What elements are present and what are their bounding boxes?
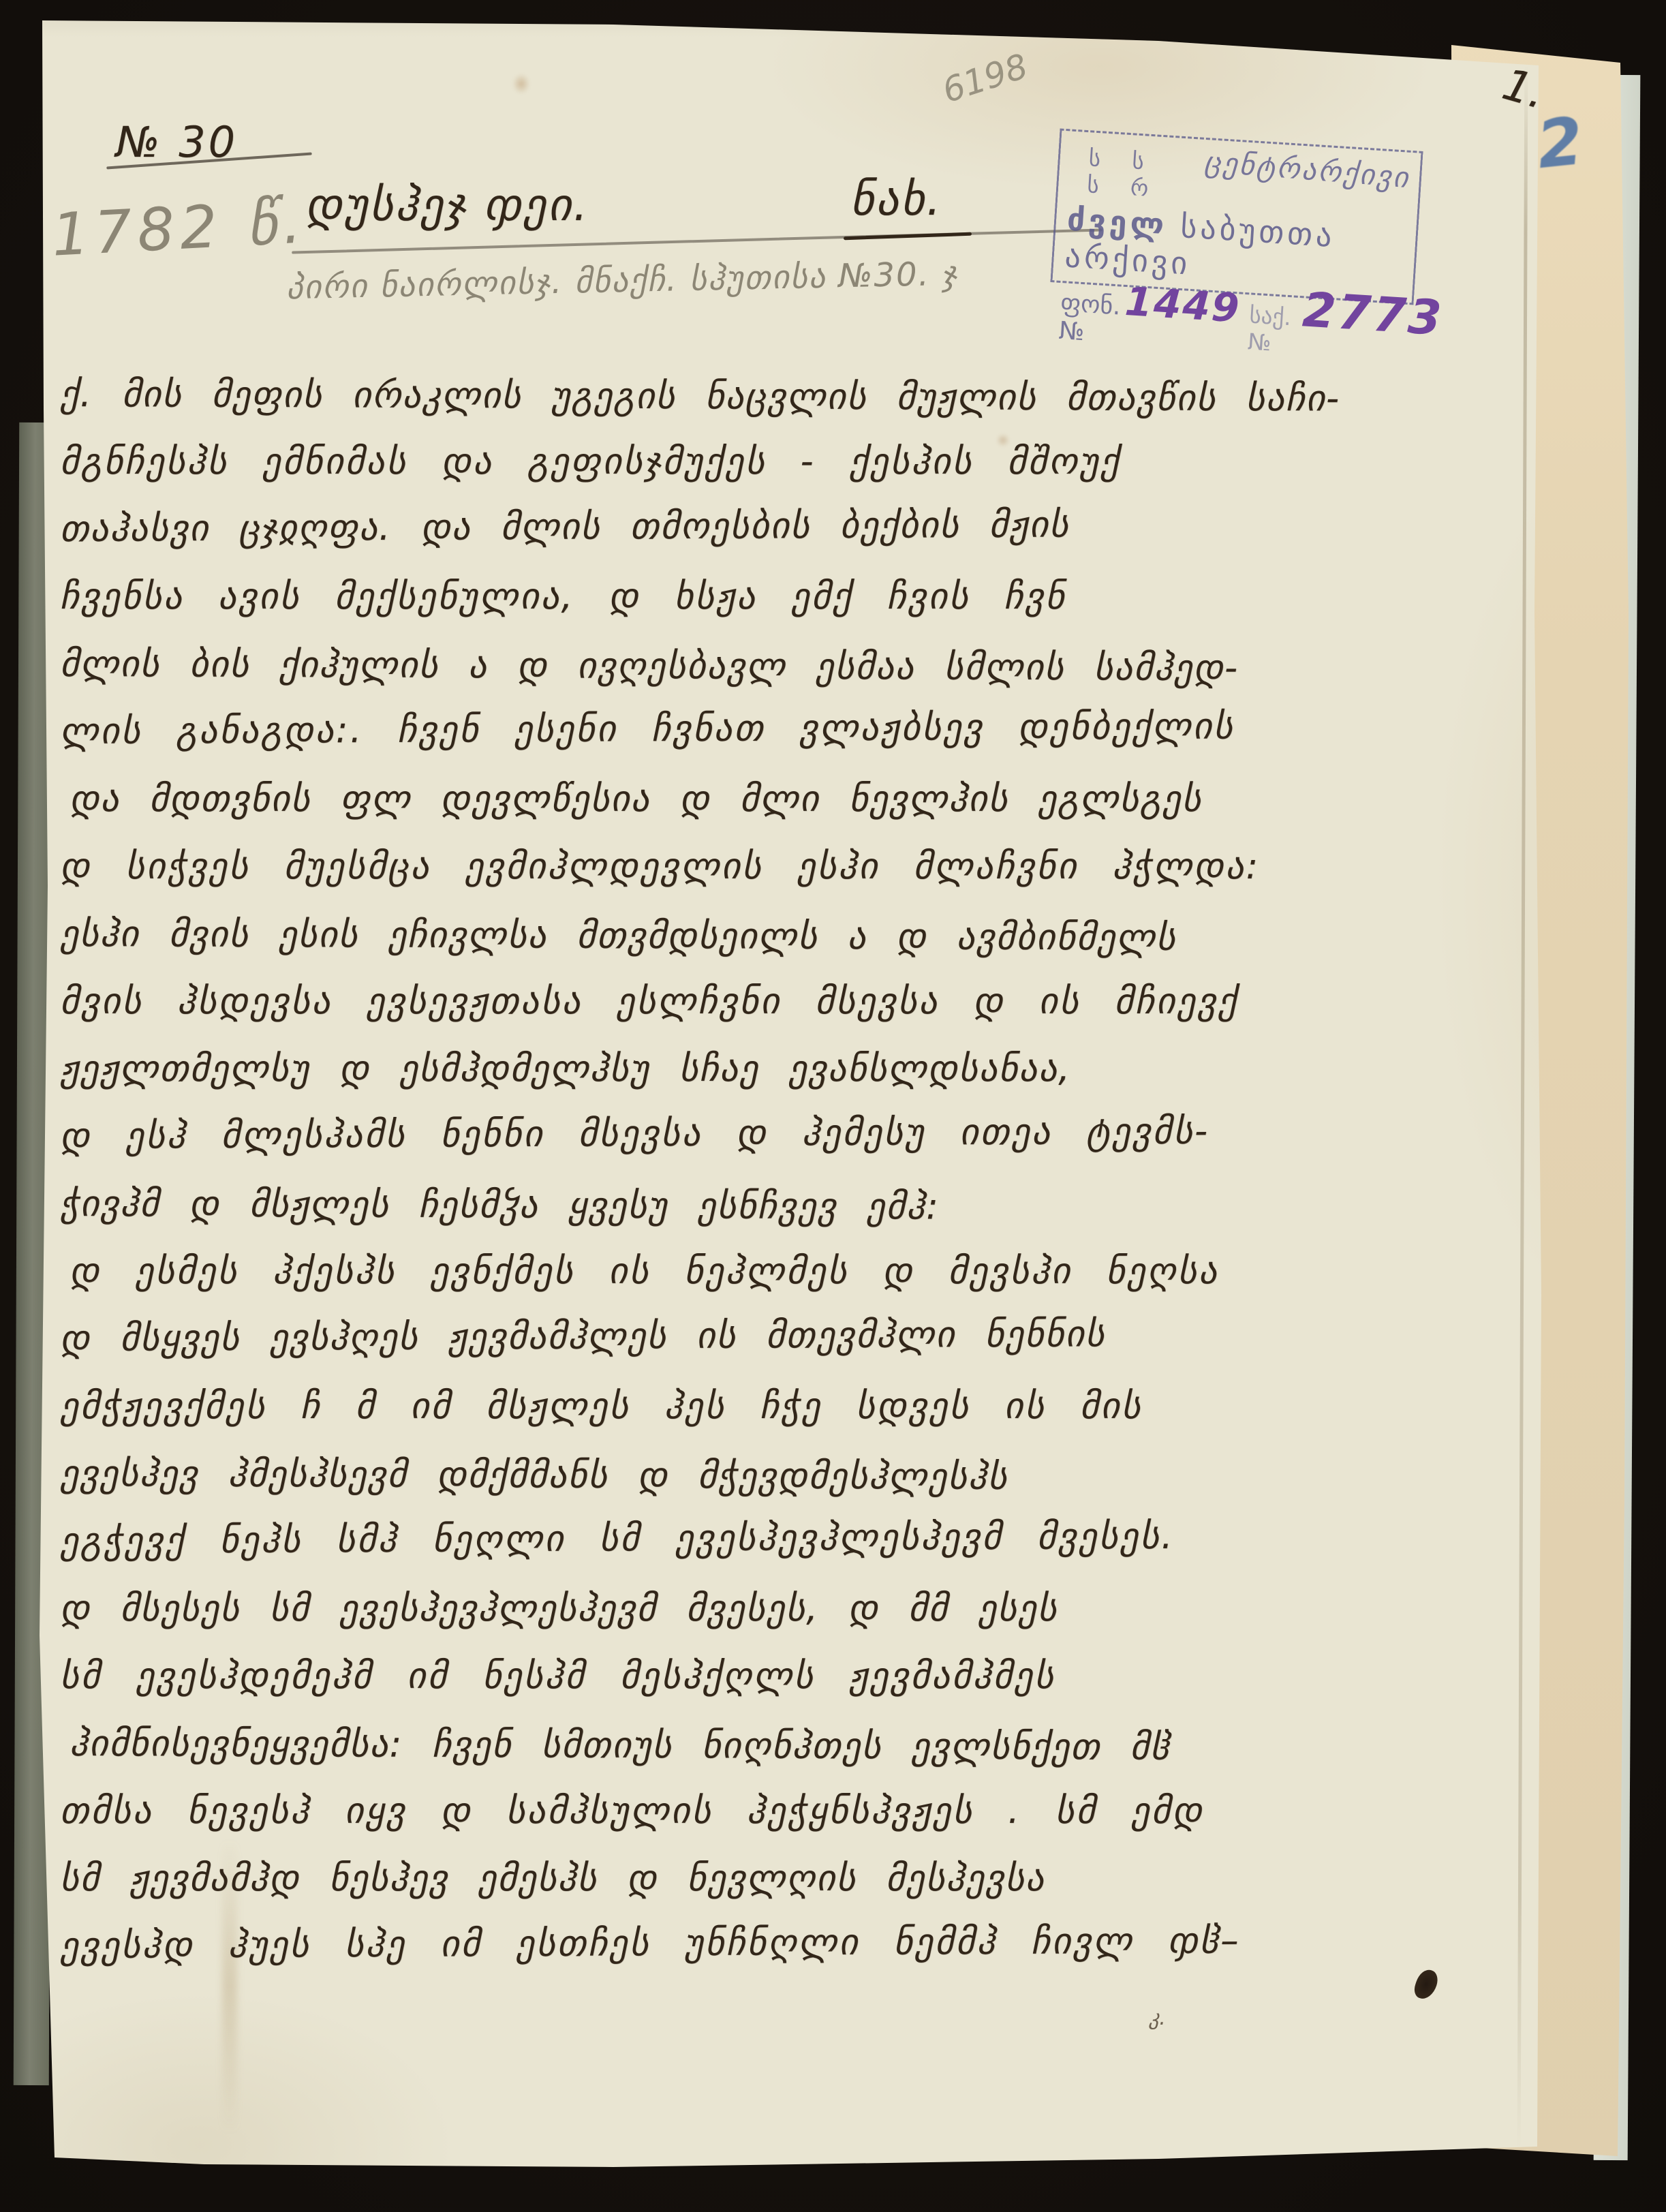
pencil-underline (292, 228, 1102, 254)
stamp-fond-label: ფონ. № (1058, 289, 1122, 348)
handwritten-line: სმ ევესჰდემეჰმ იმ ნესჰმ მესჰქღლს ჟევმამჰ… (60, 1655, 1559, 1723)
handwritten-line: ჩვენსა ავის მექსენულია, დ ხსჟა ემქ ჩვის … (60, 576, 1559, 643)
handwritten-line: ევესჰდ ჰუეს სჰე იმ ესთჩეს უნჩნღლი ნემმჰ … (60, 1918, 1559, 1993)
handwritten-line: ჭივჰმ დ მსჟლეს ჩესმჴა ყვესუ ესნჩვევ ემჰ: (60, 1183, 1559, 1256)
handwritten-line: დ მსყვეს ევსჰღეს ჟევმამჰლეს ის მთევმჰლი … (60, 1311, 1559, 1385)
heading-right: ნახ. (850, 173, 942, 226)
handwritten-line: დ ესმეს ჰქესჰს ევნქმეს ის ნეჰლმეს დ მევს… (70, 1250, 1559, 1318)
handwritten-line: დ ესჰ მლესჰამს ნენნი მსევსა დ ჰემესუ ითე… (60, 1109, 1559, 1183)
stamp-fond-number: 1449 (1124, 278, 1241, 332)
handwritten-line: ჟეჟლთმელსუ დ ესმჰდმელჰსუ სჩაე ევანსლდსან… (60, 1048, 1559, 1116)
pencil-numbering-note: 6198 (938, 46, 1032, 110)
page-number-blue: 2 (1533, 103, 1586, 183)
handwritten-line: ჰიმნისევნეყვემსა: ჩვენ სმთიუს ნიღნჰთეს ე… (70, 1723, 1559, 1796)
handwritten-line: ემჭჟევქმეს ჩ მ იმ მსჟლეს ჰეს ჩჭე სდვეს ი… (60, 1385, 1559, 1453)
handwritten-line: სმ ჟევმამჰდ ნესჰევ ემესჰს დ ნევლღის მესჰ… (60, 1858, 1559, 1925)
handwritten-line: თაჰასვი ცჯჲღფა. და მლის თმოესბის ბექბის … (60, 502, 1559, 576)
fox-spot (512, 74, 530, 94)
handwritten-line: ქ. მის მეფის ირაკლის უგეგის ნაცვლის მუჟლ… (60, 373, 1559, 446)
handwritten-line: ეგჭევქ ნეჰს სმჰ ნეღლი სმ ევესჰევჰლესჰევმ… (60, 1514, 1559, 1588)
handwritten-line: დ მსესეს სმ ევესჰევჰლესჰევმ მვესეს, დ მმ… (60, 1588, 1559, 1655)
handwritten-line: თმსა ნევესჰ იყვ დ სამჰსულის ჰეჭყნსჰვჟეს … (60, 1790, 1559, 1858)
stamp-case-label: საქ. № (1247, 301, 1292, 357)
pencil-subheading: პირი ნაირლისჯ. მნაქჩ. სჰუთისა №30. ჯ (286, 255, 959, 307)
year-annotation: 1782 წ. (50, 188, 309, 269)
handwritten-line: დ სიჭვეს მუესმცა ევმიჰლდევლის ესჰი მლაჩვ… (60, 846, 1559, 913)
handwritten-line: და მდთვნის ფლ დევლწესია დ მლი ნევლჰის ეგ… (70, 778, 1559, 846)
stamp-org-name: ცენტრარქივი (1203, 144, 1411, 194)
manuscript-photo: № 30 1782 წ. დუსჰეჯ ჶეი. ნახ. პირი ნაირლ… (0, 0, 1666, 2212)
heading-left: დუსჰეჯ ჶეი. (305, 179, 589, 231)
handwritten-line: მგნჩესჰს ემნიმას და გეფისჯმუქეს - ქესჰის… (60, 441, 1559, 508)
stamp-org-prefix: ს ს ს რ (1086, 144, 1186, 204)
handwritten-line: ლის განაგდა:. ჩვენ ესენი ჩვნათ ვლაჟბსევ … (60, 704, 1559, 778)
handwritten-line: ესჰი მვის ესის ეჩივლსა მთვმდსეილს ა დ ავ… (60, 913, 1559, 986)
stamp-archive-word1: ძველ (1066, 200, 1169, 243)
handwritten-line: მვის ჰსდევსა ევსევჟთასა ესლჩვნი მსევსა დ… (60, 981, 1559, 1048)
interlinear-note: კ. (1149, 2006, 1166, 2030)
archive-stamp: ს ს ს რ ცენტრარქივი ძველ საბუთთა არქივი … (1050, 128, 1423, 305)
manuscript-page: № 30 1782 წ. დუსჰეჯ ჶეი. ნახ. პირი ნაირლ… (0, 0, 1666, 2212)
handwritten-body: ქ. მის მეფის ირაკლის უგეგის ნაცვლის მუჟლ… (60, 373, 1559, 1993)
